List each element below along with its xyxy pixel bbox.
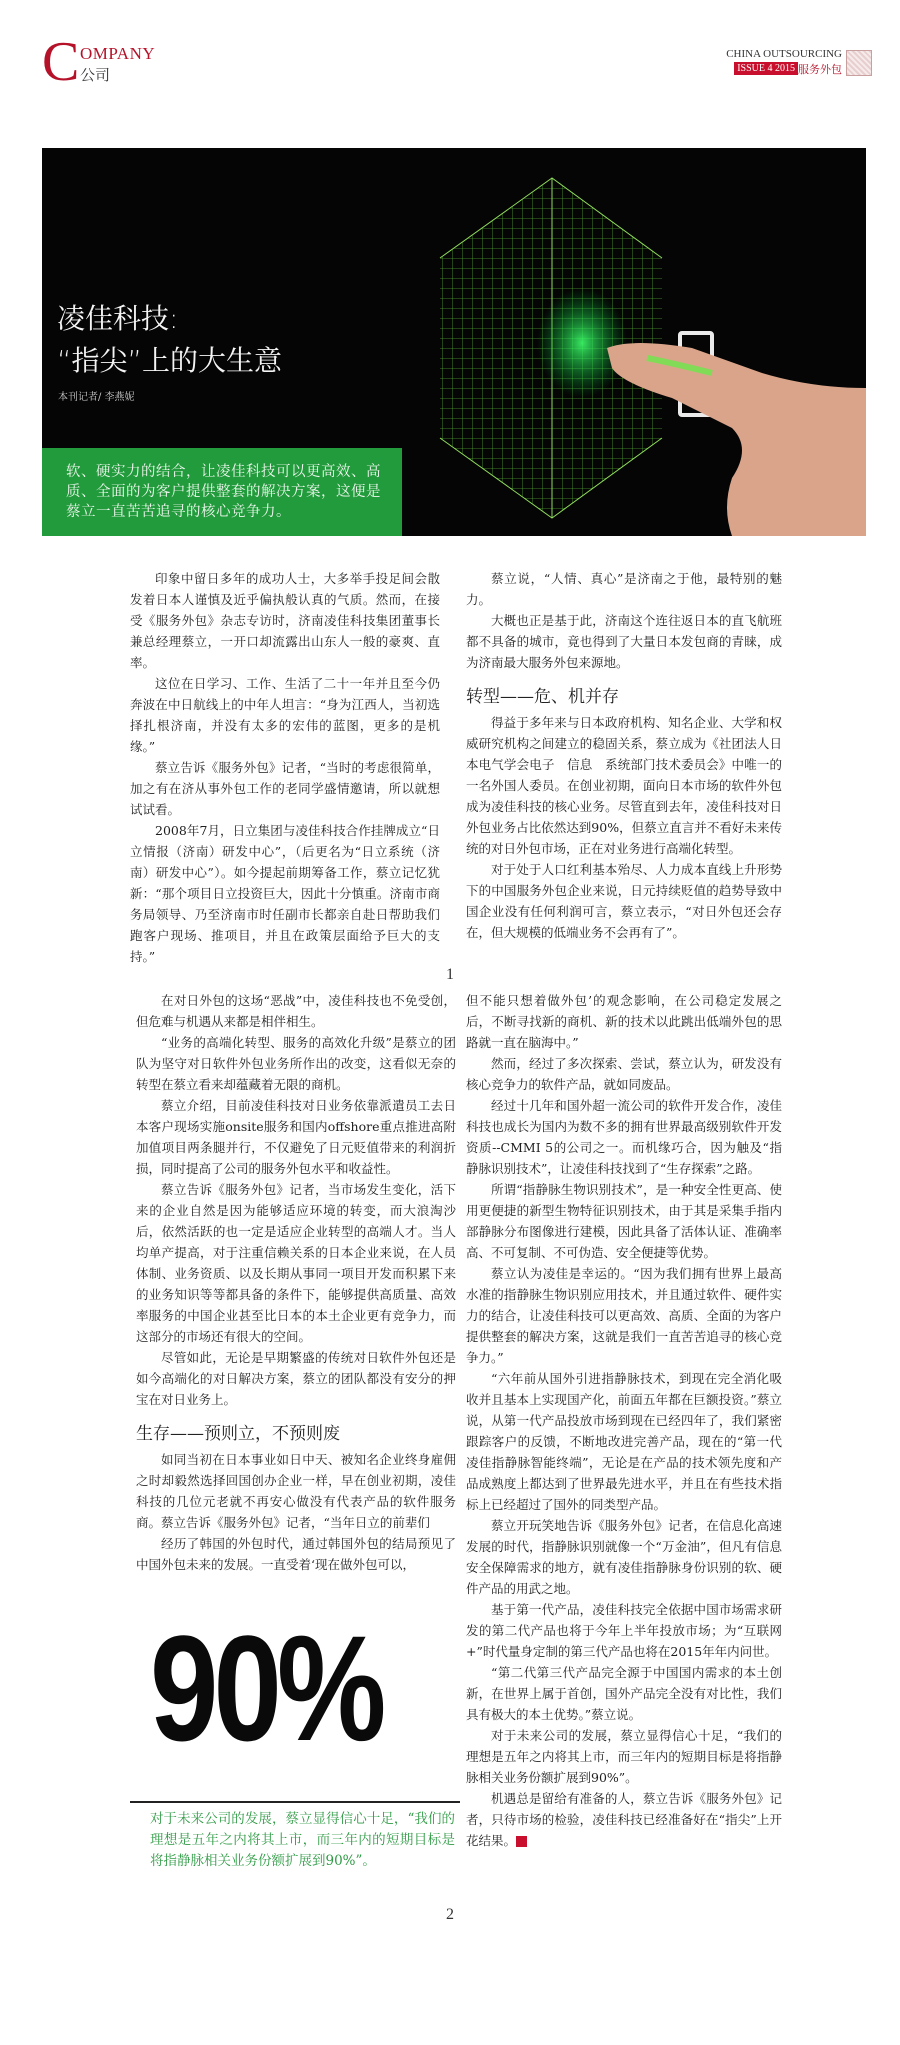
paragraph: 2008年7月，日立集团与凌佳科技合作挂牌成立“日立情报（济南）研发中心”，（后… <box>130 820 440 967</box>
page1-right-column: 蔡立说，“人情、真心”是济南之于他，最特别的魅力。 大概也正是基于此，济南这个连… <box>466 568 782 943</box>
paragraph: 对于未来公司的发展，蔡立显得信心十足，“我们的理想是五年之内将其上市，而三年内的… <box>466 1725 782 1788</box>
section-logo: C OMPANY 公司 <box>42 40 182 90</box>
closing-paragraph: 机遇总是留给有准备的人，蔡立告诉《服务外包》记者，只待市场的检验，凌佳科技已经准… <box>466 1791 782 1848</box>
paragraph: 所谓“指静脉生物识别技术”，是一种安全性更高、使用更便捷的新型生物特征识别技术，… <box>466 1179 782 1263</box>
paragraph: “六年前从国外引进指静脉技术，到现在完全消化吸收并且基本上实现国产化，前面五年都… <box>466 1368 782 1515</box>
page2-left-column: 在对日外包的这场“恶战”中，凌佳科技也不免受创，但危难与机遇从来都是相伴相生。 … <box>136 990 456 1575</box>
fingertip-grid-illustration <box>432 148 866 536</box>
paragraph: 印象中留日多年的成功人士，大多举手投足间会散发着日本人谨慎及近乎偏执般认真的气质… <box>130 568 440 673</box>
paragraph: 在对日外包的这场“恶战”中，凌佳科技也不免受创，但危难与机遇从来都是相伴相生。 <box>136 990 456 1032</box>
paragraph: 蔡立介绍，目前凌佳科技对日业务依靠派遣员工去日本客户现场实施onsite服务和国… <box>136 1095 456 1179</box>
magazine-name-en: CHINA OUTSOURCING <box>726 48 842 60</box>
section-heading-transformation: 转型——危、机并存 <box>466 687 782 708</box>
page-number-1: 1 <box>446 966 454 984</box>
end-mark-icon: Z <box>516 1836 527 1847</box>
paragraph: 经过十几年和国外超一流公司的软件开发合作，凌佳科技也成长为国内为数不多的拥有世界… <box>466 1095 782 1179</box>
magazine-masthead: CHINA OUTSOURCING ISSUE 4 2015 服务外包 <box>702 48 872 88</box>
issue-badge: ISSUE 4 2015 <box>734 62 798 75</box>
page2-right-column: 但不能只想着做外包’的观念影响，在公司稳定发展之后，不断寻找新的商机、新的技术以… <box>466 990 782 1851</box>
paragraph: 机遇总是留给有准备的人，蔡立告诉《服务外包》记者，只待市场的检验，凌佳科技已经准… <box>466 1788 782 1851</box>
paragraph: 蔡立告诉《服务外包》记者，“当时的考虑很简单，加之有在济从事外包工作的老同学盛情… <box>130 757 440 820</box>
paragraph: 对于处于人口红利基本殆尽、人力成本直线上升形势下的中国服务外包企业来说，日元持续… <box>466 859 782 943</box>
title-line-1: 凌佳科技: <box>57 298 282 340</box>
section-cn-label: 公司 <box>80 64 110 85</box>
paragraph: “第二代第三代产品完全源于中国国内需求的本土创新，在世界上属于首创，国外产品完全… <box>466 1662 782 1725</box>
paragraph: 得益于多年来与日本政府机构、知名企业、大学和权威研究机构之间建立的稳固关系，蔡立… <box>466 712 782 859</box>
paragraph: 经历了韩国的外包时代，通过韩国外包的结局预见了中国外包未来的发展。一直受着‘现在… <box>136 1533 456 1575</box>
paragraph: “业务的高端化转型、服务的高效化升级”是蔡立的团队为坚守对日软件外包业务所作出的… <box>136 1032 456 1095</box>
pull-quote: 对于未来公司的发展，蔡立显得信心十足，“我们的理想是五年之内将其上市，而三年内的… <box>150 1809 455 1872</box>
paragraph: 这位在日学习、工作、生活了二十一年并且至今仍奔波在中日航线上的中年人坦言：“身为… <box>130 673 440 757</box>
page-number-2: 2 <box>446 1906 454 1924</box>
pull-figure: 90% <box>150 1613 381 1763</box>
paragraph: 蔡立告诉《服务外包》记者，当市场发生变化，活下来的企业自然是因为能够适应环境的转… <box>136 1179 456 1347</box>
paragraph: 蔡立开玩笑地告诉《服务外包》记者，在信息化高速发展的时代，指静脉识别就像一个“万… <box>466 1515 782 1599</box>
paragraph: 然而，经过了多次探索、尝试，蔡立认为，研发没有核心竞争力的软件产品，就如同废品。 <box>466 1053 782 1095</box>
title-line-2: “指尖”上的大生意 <box>57 340 282 382</box>
divider <box>130 1801 460 1803</box>
seal-stamp-icon <box>846 50 872 76</box>
byline: 本刊记者/ 李燕妮 <box>58 388 135 403</box>
paragraph: 大概也正是基于此，济南这个连往返日本的直飞航班都不具备的城市，竟也得到了大量日本… <box>466 610 782 673</box>
paragraph: 蔡立认为凌佳是幸运的。“因为我们拥有世界上最高水准的指静脉生物识别应用技术，并且… <box>466 1263 782 1368</box>
section-heading-survival: 生存——预则立，不预则废 <box>136 1424 456 1445</box>
paragraph: 如同当初在日本事业如日中天、被知名企业终身雇佣之时却毅然选择回国创办企业一样，早… <box>136 1449 456 1533</box>
hero-banner: 凌佳科技: “指尖”上的大生意 本刊记者/ 李燕妮 软、硬实力的结合，让凌佳科技… <box>42 148 866 536</box>
page1-left-column: 印象中留日多年的成功人士，大多举手投足间会散发着日本人谨慎及近乎偏执般认真的气质… <box>130 568 440 967</box>
paragraph: 但不能只想着做外包’的观念影响，在公司稳定发展之后，不断寻找新的商机、新的技术以… <box>466 990 782 1053</box>
paragraph: 蔡立说，“人情、真心”是济南之于他，最特别的魅力。 <box>466 568 782 610</box>
magazine-name-cn: 服务外包 <box>798 61 842 77</box>
section-word: OMPANY <box>80 44 155 64</box>
article-title: 凌佳科技: “指尖”上的大生意 <box>57 298 282 382</box>
pull-quote-box: 90% 对于未来公司的发展，蔡立显得信心十足，“我们的理想是五年之内将其上市，而… <box>130 1595 460 1890</box>
lead-summary: 软、硬实力的结合，让凌佳科技可以更高效、高质、全面的为客户提供整套的解决方案，这… <box>42 448 402 536</box>
section-initial: C <box>42 34 79 90</box>
paragraph: 基于第一代产品，凌佳科技完全依据中国市场需求研发的第二代产品也将于今年上半年投放… <box>466 1599 782 1662</box>
paragraph: 尽管如此，无论是早期繁盛的传统对日软件外包还是如今高端化的对日解决方案，蔡立的团… <box>136 1347 456 1410</box>
